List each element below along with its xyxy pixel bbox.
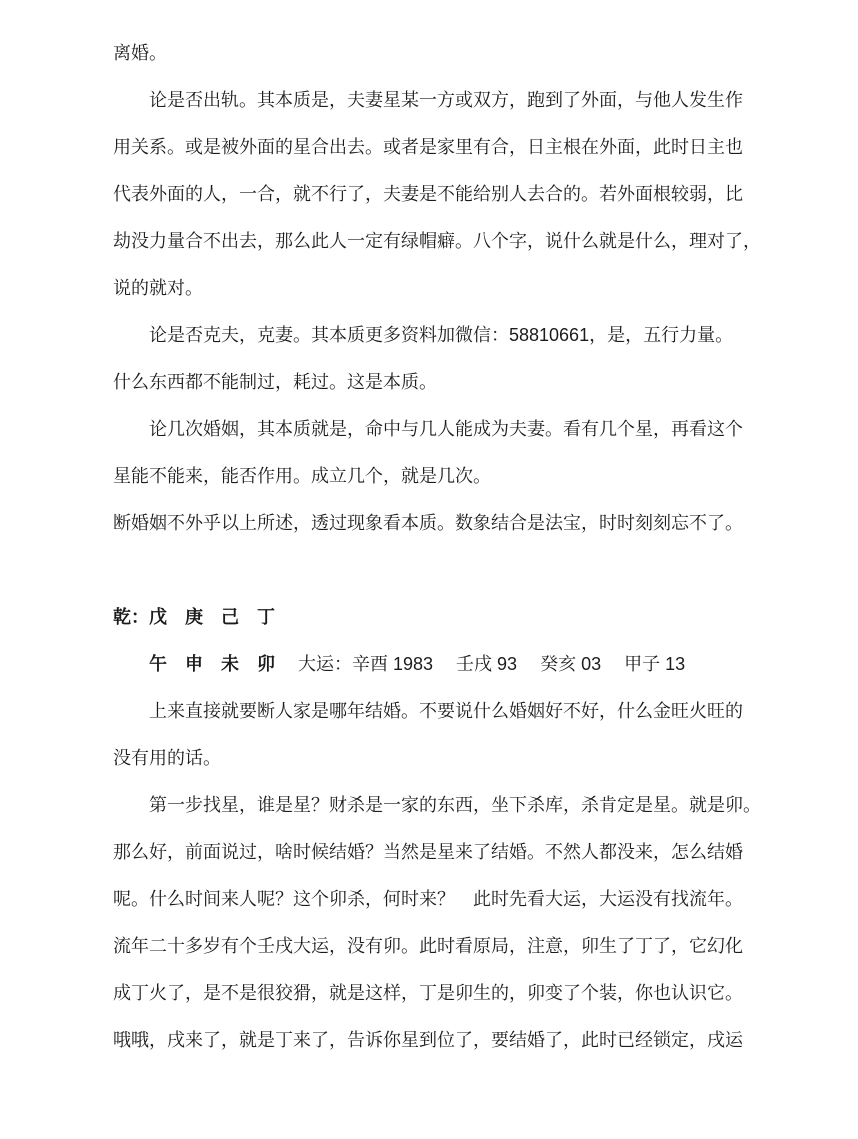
line-text: 离婚。 (113, 43, 167, 63)
line-text: 呢。什么时间来人呢？这个卯杀，何时来？ 此时先看大运，大运没有找流年。 (113, 889, 743, 909)
line-text: 代表外面的人，一合，就不行了，夫妻是不能给别人去合的。若外面根较弱，比 (113, 184, 743, 204)
line-text: 成丁火了，是不是很狡猾，就是这样，丁是卯生的，卯变了个装，你也认识它。 (113, 983, 743, 1003)
line-text: 劫没力量合不出去，那么此人一定有绿帽癖。八个字，说什么就是什么，理对了， (113, 231, 761, 251)
document-page: 离婚。论是否出轨。其本质是，夫妻星某一方或双方，跑到了外面，与他人发生作用关系。… (0, 0, 858, 1139)
text-line: 说的就对。 (113, 265, 753, 312)
text-line: 论是否克夫，克妻。其本质更多资料加微信：58810661，是，五行力量。 (113, 312, 753, 359)
text-line: 论是否出轨。其本质是，夫妻星某一方或双方，跑到了外面，与他人发生作 (113, 77, 753, 124)
line-text: 大运：辛酉 1983 壬戌 93 癸亥 03 甲子 13 (275, 654, 685, 674)
text-line: 哦哦，戌来了，就是丁来了，告诉你星到位了，要结婚了，此时已经锁定，戌运 (113, 1017, 753, 1064)
line-text: 论几次婚姻，其本质就是，命中与几人能成为夫妻。看有几个星，再看这个 (149, 419, 743, 439)
text-line: 星能不能来，能否作用。成立几个，就是几次。 (113, 453, 753, 500)
line-text: 断婚姻不外乎以上所述，透过现象看本质。数象结合是法宝，时时刻刻忘不了。 (113, 513, 743, 533)
line-text: 什么东西都不能制过，耗过。这是本质。 (113, 372, 437, 392)
text-line: 离婚。 (113, 30, 753, 77)
text-line: 呢。什么时间来人呢？这个卯杀，何时来？ 此时先看大运，大运没有找流年。 (113, 876, 753, 923)
text-line: 乾：戊 庚 己 丁 (113, 594, 753, 641)
bazi-bold-text: 乾：戊 庚 己 丁 (113, 607, 275, 627)
text-line: 午 申 未 卯 大运：辛酉 1983 壬戌 93 癸亥 03 甲子 13 (113, 641, 753, 688)
text-line: 上来直接就要断人家是哪年结婚。不要说什么婚姻好不好，什么金旺火旺的 (113, 688, 753, 735)
text-line: 没有用的话。 (113, 735, 753, 782)
text-line: 成丁火了，是不是很狡猾，就是这样，丁是卯生的，卯变了个装，你也认识它。 (113, 970, 753, 1017)
line-text: 哦哦，戌来了，就是丁来了，告诉你星到位了，要结婚了，此时已经锁定，戌运 (113, 1030, 743, 1050)
line-text: 星能不能来，能否作用。成立几个，就是几次。 (113, 466, 491, 486)
line-text: 论是否出轨。其本质是，夫妻星某一方或双方，跑到了外面，与他人发生作 (149, 90, 743, 110)
line-text: 用关系。或是被外面的星合出去。或者是家里有合，日主根在外面，此时日主也 (113, 137, 743, 157)
text-line: 论几次婚姻，其本质就是，命中与几人能成为夫妻。看有几个星，再看这个 (113, 406, 753, 453)
line-text: 那么好，前面说过，啥时候结婚？当然是星来了结婚。不然人都没来，怎么结婚 (113, 842, 743, 862)
document-body: 离婚。论是否出轨。其本质是，夫妻星某一方或双方，跑到了外面，与他人发生作用关系。… (113, 30, 753, 1064)
line-text: 说的就对。 (113, 278, 203, 298)
text-line: 用关系。或是被外面的星合出去。或者是家里有合，日主根在外面，此时日主也 (113, 124, 753, 171)
line-text: 论是否克夫，克妻。其本质更多资料加微信：58810661，是，五行力量。 (149, 325, 733, 345)
line-text: 第一步找星，谁是星？财杀是一家的东西，坐下杀库，杀肯定是星。就是卯。 (149, 795, 761, 815)
bazi-bold-text: 午 申 未 卯 (149, 654, 275, 674)
text-line: 什么东西都不能制过，耗过。这是本质。 (113, 359, 753, 406)
text-line: 断婚姻不外乎以上所述，透过现象看本质。数象结合是法宝，时时刻刻忘不了。 (113, 500, 753, 547)
text-line: 劫没力量合不出去，那么此人一定有绿帽癖。八个字，说什么就是什么，理对了， (113, 218, 753, 265)
blank-line (113, 547, 753, 594)
line-text: 流年二十多岁有个壬戌大运，没有卯。此时看原局，注意，卯生了丁了，它幻化 (113, 936, 743, 956)
text-line: 那么好，前面说过，啥时候结婚？当然是星来了结婚。不然人都没来，怎么结婚 (113, 829, 753, 876)
text-line: 代表外面的人，一合，就不行了，夫妻是不能给别人去合的。若外面根较弱，比 (113, 171, 753, 218)
text-line: 流年二十多岁有个壬戌大运，没有卯。此时看原局，注意，卯生了丁了，它幻化 (113, 923, 753, 970)
line-text: 没有用的话。 (113, 748, 221, 768)
line-text: 上来直接就要断人家是哪年结婚。不要说什么婚姻好不好，什么金旺火旺的 (149, 701, 743, 721)
text-line: 第一步找星，谁是星？财杀是一家的东西，坐下杀库，杀肯定是星。就是卯。 (113, 782, 753, 829)
